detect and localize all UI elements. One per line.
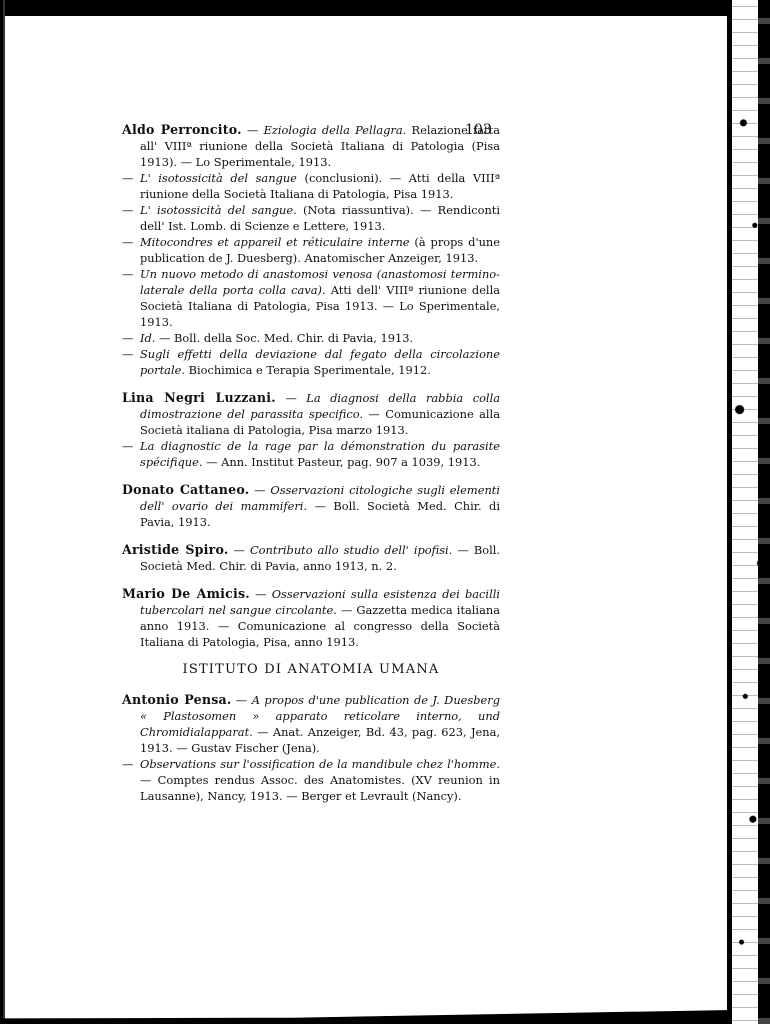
entry-sub-item: —Id. — Boll. della Soc. Med. Chir. di Pa…	[122, 330, 500, 346]
work-title: Contributo allo studio dell' ipofisi.	[250, 543, 452, 557]
bibliography-entry: Aldo Perroncito. — Eziologia della Pella…	[122, 122, 500, 378]
em-dash: —	[122, 346, 136, 362]
bibliography-entry: Donato Cattaneo. — Osservazioni citologi…	[122, 482, 500, 530]
scan-border-bottom	[0, 1010, 732, 1024]
publication-details: — Ann. Institut Pasteur, pag. 907 a 1039…	[206, 455, 480, 469]
em-dash: —	[254, 483, 265, 497]
entry-main: Aldo Perroncito. — Eziologia della Pella…	[122, 122, 500, 170]
em-dash: —	[285, 391, 296, 405]
author-name: Aristide Spiro.	[122, 542, 228, 557]
section-bibliography-entries: Antonio Pensa. — A propos d'une publicat…	[122, 692, 500, 804]
work-title: Eziologia della Pellagra.	[264, 123, 407, 137]
author-name: Lina Negri Luzzani.	[122, 390, 276, 405]
scan-border-right	[758, 0, 770, 1024]
em-dash: —	[234, 543, 245, 557]
bibliography-entry: Lina Negri Luzzani. — La diagnosi della …	[122, 390, 500, 470]
entry-main: Donato Cattaneo. — Osservazioni citologi…	[122, 482, 500, 530]
em-dash: —	[247, 123, 258, 137]
document-page: Aldo Perroncito. — Eziologia della Pella…	[122, 122, 500, 816]
entry-main: Aristide Spiro. — Contributo allo studio…	[122, 542, 500, 574]
publication-details: — Comptes rendus Assoc. des Anatomistes.…	[140, 773, 500, 803]
em-dash: —	[122, 756, 136, 772]
em-dash: —	[122, 438, 136, 454]
author-name: Aldo Perroncito.	[122, 122, 242, 137]
entry-sub-item: —Sugli effetti della deviazione dal fega…	[122, 346, 500, 378]
publication-details: Biochimica e Terapia Sperimentale, 1912.	[189, 363, 431, 377]
entry-main: Mario De Amicis. — Osservazioni sulla es…	[122, 586, 500, 650]
bibliography-entries: Aldo Perroncito. — Eziologia della Pella…	[122, 122, 500, 650]
entry-sub-item: —Observations sur l'ossification de la m…	[122, 756, 500, 804]
scan-border-left	[0, 0, 6, 1024]
work-title: Observations sur l'ossification de la ma…	[140, 757, 500, 771]
author-name: Mario De Amicis.	[122, 586, 250, 601]
work-title: L' isotossicità del sangue	[140, 171, 297, 185]
entry-sub-item: —Un nuovo metodo di anastomosi venosa (a…	[122, 266, 500, 330]
bibliography-entry: Aristide Spiro. — Contributo allo studio…	[122, 542, 500, 574]
publication-details: — Boll. della Soc. Med. Chir. di Pavia, …	[159, 331, 413, 345]
bibliography-entry: Mario De Amicis. — Osservazioni sulla es…	[122, 586, 500, 650]
em-dash: —	[122, 202, 136, 218]
work-title: Id.	[140, 331, 155, 345]
em-dash: —	[122, 330, 136, 346]
em-dash: —	[122, 234, 136, 250]
author-name: Antonio Pensa.	[122, 692, 231, 707]
em-dash: —	[255, 587, 266, 601]
work-title: L' isotossicità del sangue.	[140, 203, 297, 217]
em-dash: —	[236, 693, 247, 707]
section-heading: ISTITUTO DI ANATOMIA UMANA	[122, 662, 500, 678]
entry-sub-item: —L' isotossicità del sangue (conclusioni…	[122, 170, 500, 202]
em-dash: —	[122, 266, 136, 282]
entry-main: Antonio Pensa. — A propos d'une publicat…	[122, 692, 500, 756]
author-name: Donato Cattaneo.	[122, 482, 249, 497]
work-title: Mitocondres et appareil et réticulaire i…	[140, 235, 410, 249]
entry-main: Lina Negri Luzzani. — La diagnosi della …	[122, 390, 500, 438]
scan-border-top	[0, 0, 770, 16]
entry-sub-item: —Mitocondres et appareil et réticulaire …	[122, 234, 500, 266]
entry-sub-item: —La diagnostic de la rage par la démonst…	[122, 438, 500, 470]
entry-sub-item: —L' isotossicità del sangue. (Nota riass…	[122, 202, 500, 234]
em-dash: —	[122, 170, 136, 186]
bibliography-entry: Antonio Pensa. — A propos d'une publicat…	[122, 692, 500, 804]
